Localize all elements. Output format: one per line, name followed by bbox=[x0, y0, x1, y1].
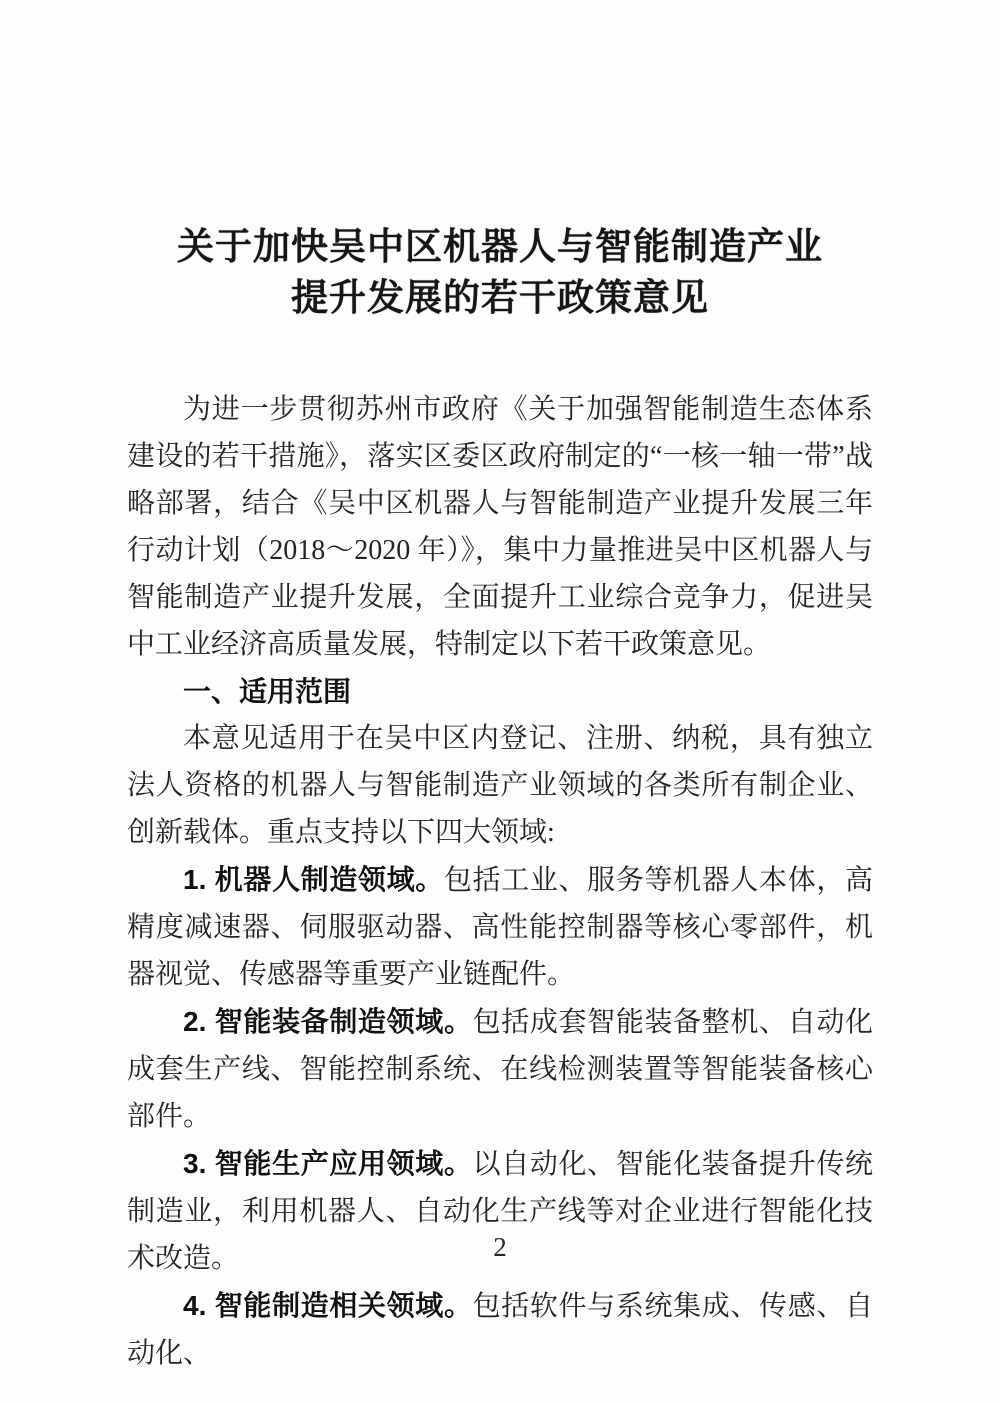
document-page: 关于加快吴中区机器人与智能制造产业 提升发展的若干政策意见 为进一步贯彻苏州市政… bbox=[0, 0, 1000, 1403]
section-1-heading: 一、适用范围 bbox=[127, 668, 873, 715]
document-title-line-2: 提升发展的若干政策意见 bbox=[0, 273, 1000, 324]
list-item-4-lead: 4. 智能制造相关领域。 bbox=[183, 1290, 473, 1321]
intro-paragraph: 为进一步贯彻苏州市政府《关于加强智能制造生态体系建设的若干措施》，落实区委区政府… bbox=[127, 386, 873, 668]
document-title-line-1: 关于加快吴中区机器人与智能制造产业 bbox=[0, 222, 1000, 273]
list-item-4: 4. 智能制造相关领域。包括软件与系统集成、传感、自动化、 bbox=[127, 1282, 873, 1377]
document-body: 为进一步贯彻苏州市政府《关于加强智能制造生态体系建设的若干措施》，落实区委区政府… bbox=[127, 386, 873, 1377]
page-number: 2 bbox=[0, 1230, 1000, 1264]
list-item-2: 2. 智能装备制造领域。包括成套智能装备整机、自动化成套生产线、智能控制系统、在… bbox=[127, 998, 873, 1140]
scope-paragraph: 本意见适用于在吴中区内登记、注册、纳税，具有独立法人资格的机器人与智能制造产业领… bbox=[127, 715, 873, 856]
document-title: 关于加快吴中区机器人与智能制造产业 提升发展的若干政策意见 bbox=[0, 0, 1000, 324]
list-item-2-lead: 2. 智能装备制造领域。 bbox=[183, 1006, 473, 1037]
list-item-3-lead: 3. 智能生产应用领域。 bbox=[183, 1148, 473, 1179]
list-item-1: 1. 机器人制造领域。包括工业、服务等机器人本体，高精度减速器、伺服驱动器、高性… bbox=[127, 856, 873, 998]
list-item-1-lead: 1. 机器人制造领域。 bbox=[183, 864, 444, 895]
